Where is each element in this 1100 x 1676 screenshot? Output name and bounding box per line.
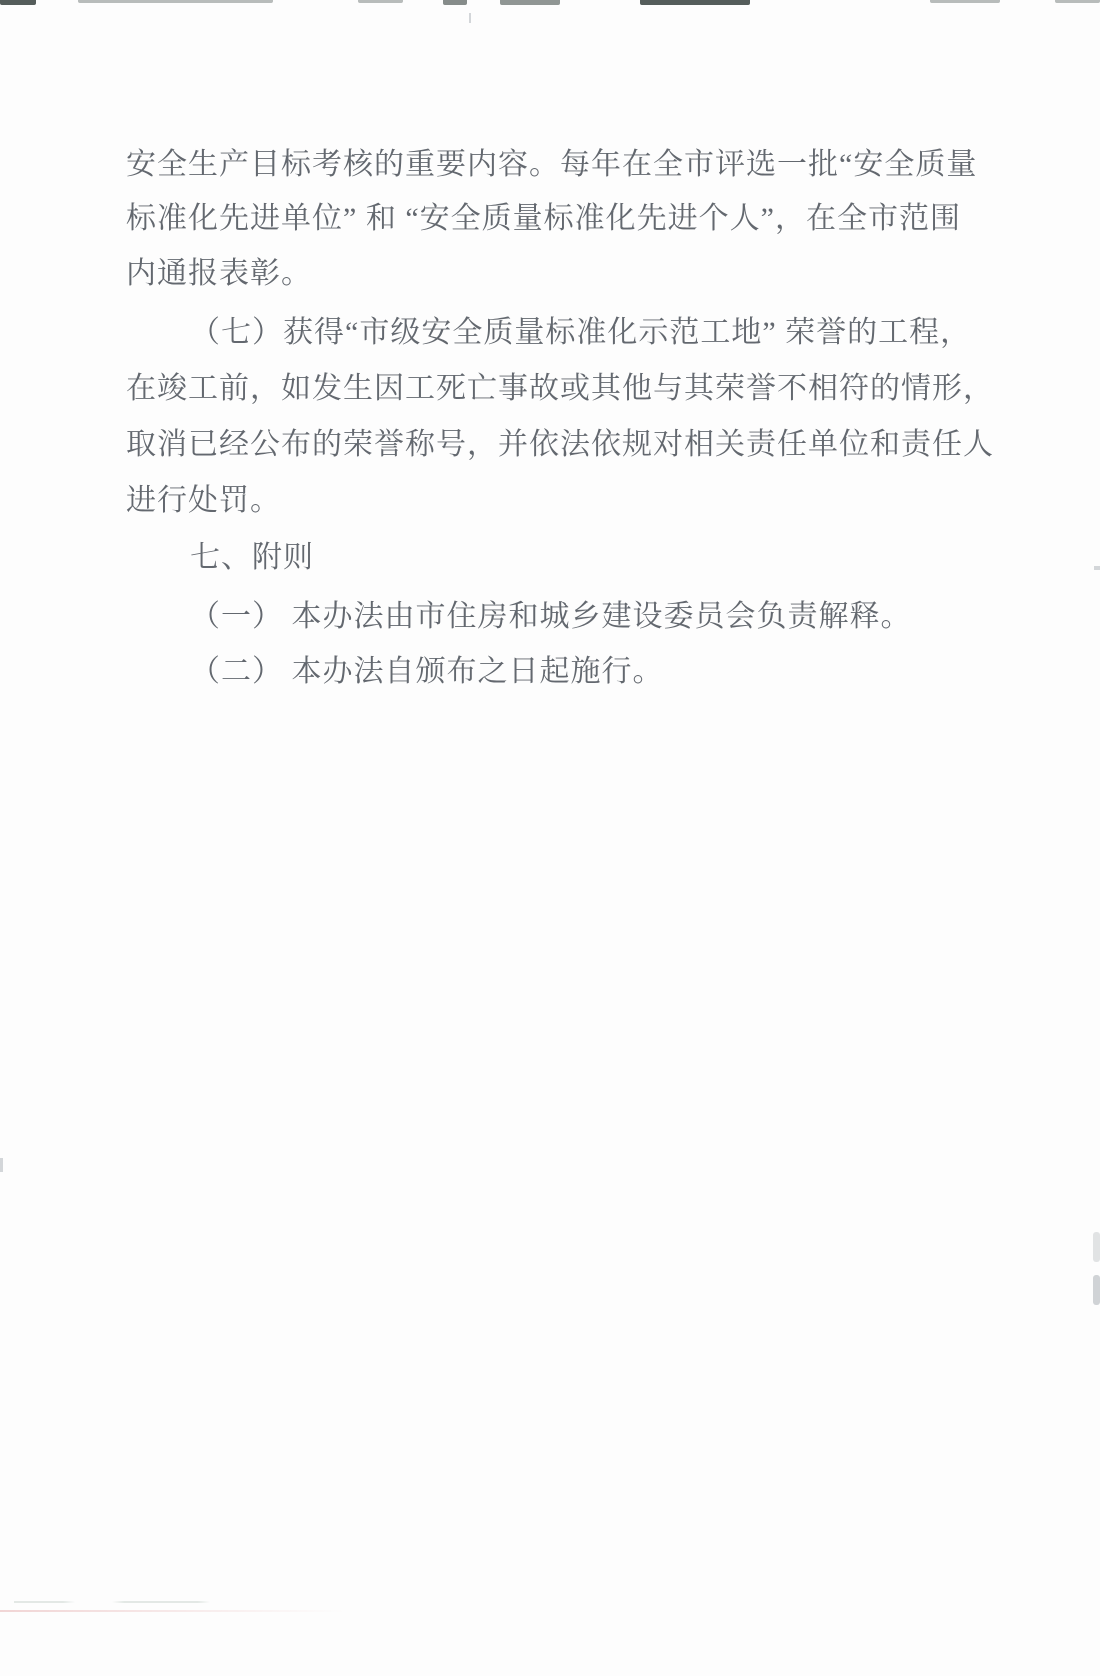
scan-artifact-right-tick (1094, 566, 1100, 570)
scan-artifact-top-edge (930, 0, 1000, 3)
text-line: （二） 本办法自颁布之日起施行。 (190, 655, 664, 689)
scan-artifact-top-edge (78, 0, 273, 3)
text-line: 在竣工前，如发生因工死亡事故或其他与其荣誉不相符的情形， (126, 372, 994, 406)
document-page: 安全生产目标考核的重要内容。每年在全市评选一批“安全质量 标准化先进单位” 和 … (0, 0, 1100, 1676)
scan-artifact-tick (469, 13, 471, 23)
text-line: （一） 本办法由市住房和城乡建设委员会负责解释。 (190, 600, 912, 634)
scan-artifact-top-edge (358, 0, 403, 3)
scan-artifact-green-dashes (14, 1601, 259, 1603)
scan-artifact-right-edge (1093, 1275, 1100, 1305)
scan-artifact-top-edge (640, 0, 750, 5)
scan-artifact-top-edge (1055, 0, 1100, 3)
scan-artifact-left-tick (0, 1158, 3, 1172)
scan-artifact-top-edge (443, 0, 467, 5)
text-line: 安全生产目标考核的重要内容。每年在全市评选一批“安全质量 (126, 148, 977, 182)
text-line: 取消已经公布的荣誉称号，并依法依规对相关责任单位和责任人 (126, 428, 994, 462)
text-line: 标准化先进单位” 和 “安全质量标准化先进个人”，在全市范围 (126, 202, 961, 236)
section-heading-line: 七、附则 (190, 541, 314, 575)
text-line: （七）获得“市级安全质量标准化示范工地” 荣誉的工程， (190, 316, 971, 350)
text-line: 进行处罚。 (126, 484, 281, 518)
scan-artifact-right-edge (1093, 1232, 1100, 1262)
scan-artifact-top-edge (500, 0, 560, 5)
text-line: 内通报表彰。 (126, 257, 312, 291)
scan-artifact-top-edge (0, 0, 36, 5)
scan-artifact-pink-streak (0, 1610, 345, 1612)
